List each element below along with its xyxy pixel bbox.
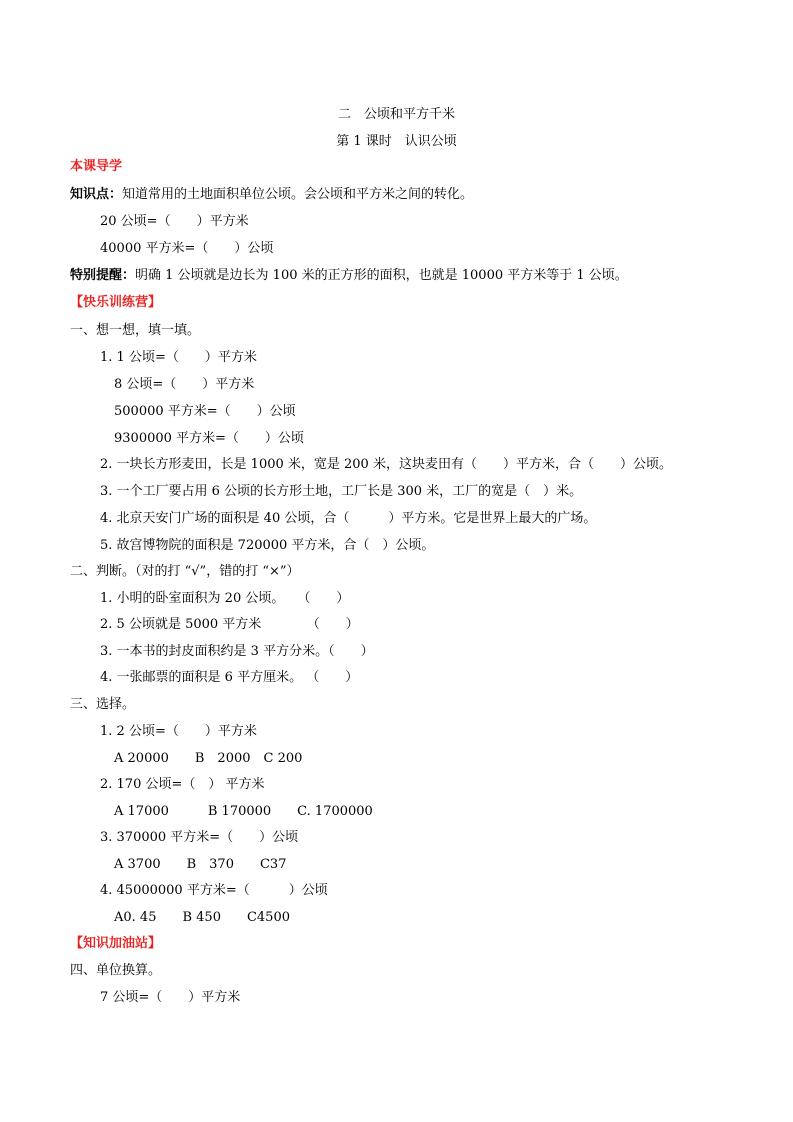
question-item: 2. 一块长方形麦田，长是 1000 米，宽是 200 米，这块麦田有（ ）平方… [100,456,672,474]
lesson-title: 第 1 课时 认识公顷 [0,133,793,151]
boost-heading: 【知识加油站】 [70,935,161,953]
section-title: 四、单位换算。 [70,962,161,980]
choice-options: A0. 45 B 450 C4500 [114,909,290,927]
worksheet-page: 二 公顷和平方千米 第 1 课时 认识公顷 本课导学 知识点：知道常用的土地面积… [0,0,793,1122]
question-item: 8 公顷=（ ）平方米 [114,376,254,394]
choice-options: A 3700 B 370 C37 [114,856,286,874]
reminder-text: 明确 1 公顷就是边长为 100 米的正方形的面积，也就是 10000 平方米等… [135,268,628,283]
section-title: 一、想一想，填一填。 [70,322,200,340]
question-item: 500000 平方米=（ ）公顷 [114,403,296,421]
question-item: 5. 故宫博物院的面积是 720000 平方米，合（ ）公顷。 [100,537,434,555]
knowledge-text: 知道常用的土地面积单位公顷。会公顷和平方米之间的转化。 [122,187,473,202]
choice-question: 4. 45000000 平方米=（ ）公顷 [100,882,328,900]
section-title: 二、判断。（对的打 “√”，错的打 “×”） [70,563,300,581]
choice-options: A 20000 B 2000 C 200 [114,750,302,768]
reminder-label: 特别提醒： [70,268,135,283]
judgement-item: 1. 小明的卧室面积为 20 公顷。 （ ） [100,590,349,608]
judgement-item: 4. 一张邮票的面积是 6 平方厘米。 （ ） [100,669,358,687]
knowledge-label: 知识点： [70,187,122,202]
conversion-item: 7 公顷=（ ）平方米 [100,989,240,1007]
choice-question: 2. 170 公顷=（ ） 平方米 [100,776,265,794]
choice-question: 1. 2 公顷=（ ）平方米 [100,723,257,741]
question-item: 1. 1 公顷=（ ）平方米 [100,349,257,367]
section-title: 三、选择。 [70,696,135,714]
example-line: 20 公顷=（ ）平方米 [100,213,249,231]
question-item: 3. 一个工厂要占用 6 公顷的长方形土地，工厂长是 300 米，工厂的宽是（ … [100,483,582,501]
unit-title: 二 公顷和平方千米 [0,106,793,124]
guide-heading: 本课导学 [70,158,122,176]
question-item: 4. 北京天安门广场的面积是 40 公顷，合（ ）平方米。它是世界上最大的广场。 [100,510,596,528]
example-line: 40000 平方米=（ ）公顷 [100,240,273,258]
question-item: 9300000 平方米=（ ）公顷 [114,430,304,448]
judgement-item: 3. 一本书的封皮面积约是 3 平方分米。（ ） [100,643,374,661]
choice-question: 3. 370000 平方米=（ ）公顷 [100,829,298,847]
judgement-item: 2. 5 公顷就是 5000 平方米 （ ） [100,616,359,634]
special-reminder: 特别提醒：明确 1 公顷就是边长为 100 米的正方形的面积，也就是 10000… [70,267,628,285]
knowledge-point: 知识点：知道常用的土地面积单位公顷。会公顷和平方米之间的转化。 [70,186,473,204]
choice-options: A 17000 B 170000 C. 1700000 [114,803,373,821]
practice-heading: 【快乐训练营】 [70,294,161,312]
